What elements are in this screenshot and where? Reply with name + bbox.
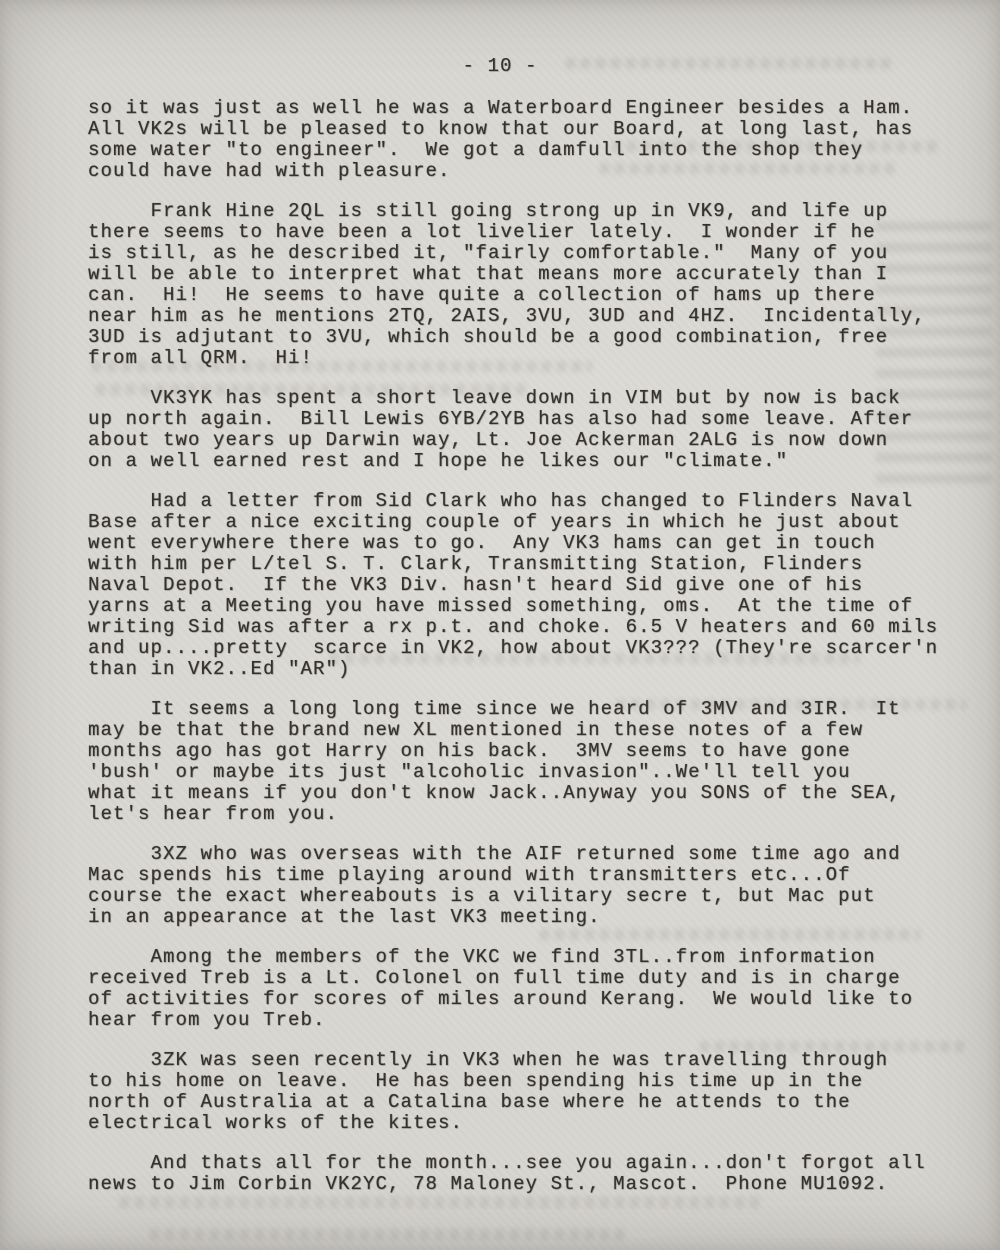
paragraph-vkc-3tl-treb: Among the members of the VKC we find 3TL… xyxy=(88,947,968,1031)
typewritten-document-page: - 10 - so it was just as well he was a W… xyxy=(0,0,1000,1250)
paragraph-vk3yk-leave: VK3YK has spent a short leave down in VI… xyxy=(88,388,968,472)
bleedthrough-text-ghost xyxy=(150,1229,630,1240)
page-content: so it was just as well he was a Waterboa… xyxy=(88,98,968,1214)
paragraph-sid-clark-flinders: Had a letter from Sid Clark who has chan… xyxy=(88,491,968,680)
paragraph-frank-hine-2ql: Frank Hine 2QL is still going strong up … xyxy=(88,201,968,369)
paragraph-waterboard-engineer: so it was just as well he was a Waterboa… xyxy=(88,98,968,182)
paragraph-3mv-3ir: It seems a long long time since we heard… xyxy=(88,699,968,825)
paragraph-3xz-aif: 3XZ who was overseas with the AIF return… xyxy=(88,844,968,928)
paragraph-closing-jim-corbin: And thats all for the month...see you ag… xyxy=(88,1153,968,1195)
paragraph-3zk-catalina: 3ZK was seen recently in VK3 when he was… xyxy=(88,1050,968,1134)
page-number: - 10 - xyxy=(0,55,1000,77)
